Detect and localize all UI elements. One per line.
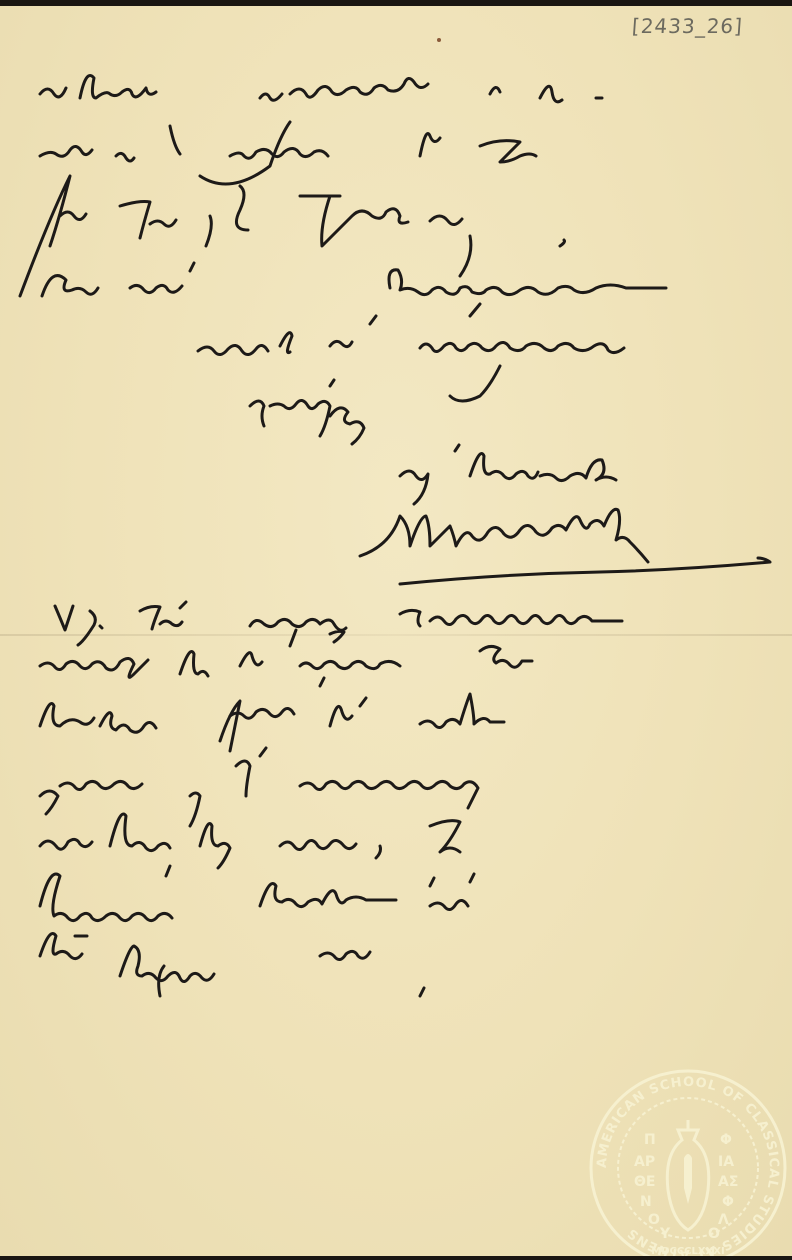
seal-date: MDCCCLXXXI [651, 1246, 725, 1256]
institution-seal: AMERICAN SCHOOL OF CLASSICAL STUDIES AT … [588, 1068, 788, 1256]
seal-letter: Φ [722, 1194, 734, 1210]
seal-letter: Ο [648, 1212, 660, 1228]
seal-letter: ΘΕ [634, 1174, 655, 1190]
seal-letter: Π [644, 1132, 656, 1148]
seal-letter: Ν [640, 1194, 652, 1210]
letter-page: [2433_26] νά λυπηθῆς νά ἀφοσιωθῇς κ- λεί… [0, 6, 792, 1256]
seal-letter: ΑΣ [718, 1174, 738, 1190]
seal-letter: Φ [720, 1132, 732, 1148]
seal-letter: Υ [659, 1226, 671, 1242]
seal-letter: ΑΡ [634, 1154, 655, 1170]
seal-letter: Ο [708, 1226, 720, 1242]
seal-letter: ΙΑ [718, 1154, 734, 1170]
